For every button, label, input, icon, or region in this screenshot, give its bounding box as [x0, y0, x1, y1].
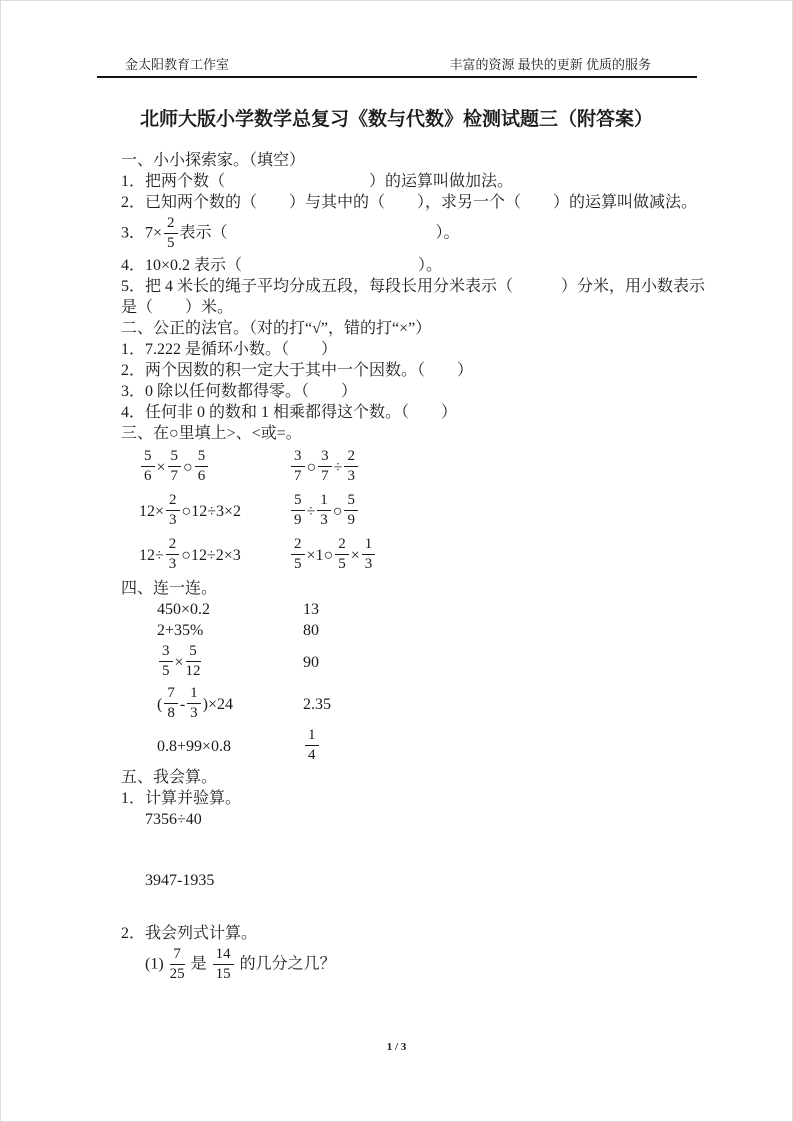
- fraction: 37: [318, 448, 332, 485]
- expression-right: 13: [303, 599, 319, 620]
- s5-q1-expr2: 3947-1935: [121, 870, 722, 891]
- expression-right: 25×1○25×13: [289, 534, 377, 576]
- document-title: 北师大版小学数学总复习《数与代数》检测试题三（附答案）: [1, 104, 792, 131]
- expression-right: 59÷13○59: [289, 490, 360, 532]
- fraction-denominator: 7: [318, 467, 332, 485]
- fraction-denominator: 12: [186, 662, 201, 680]
- fraction: 14: [305, 727, 319, 764]
- fraction: 23: [166, 536, 180, 573]
- fraction-numerator: 2: [166, 536, 180, 555]
- fraction-denominator: 25: [170, 965, 185, 983]
- text-run: ○: [307, 457, 317, 478]
- s2-q1: 1．7.222 是循环小数。（ ）: [121, 339, 722, 360]
- text-run: 的几分之几？: [236, 956, 336, 973]
- expression-left: 2+35%: [157, 620, 303, 641]
- text-run: 1．计算并验算。: [121, 790, 241, 807]
- fraction-numerator: 7: [170, 946, 185, 965]
- fraction-numerator: 7: [164, 685, 178, 704]
- fraction-numerator: 5: [141, 448, 155, 467]
- fraction-denominator: 3: [362, 555, 376, 573]
- fraction: 37: [291, 448, 305, 485]
- text-run: 5．把 4 米长的绳子平均分成五段，每段长用分米表示（ ）分米，用小数表示: [121, 278, 705, 295]
- text-run: ÷: [307, 501, 316, 522]
- fraction-numerator: 5: [195, 448, 209, 467]
- text-run: 13: [303, 599, 319, 620]
- fraction: 725: [170, 946, 185, 983]
- text-run: 四、连一连。: [121, 580, 217, 597]
- fraction-numerator: 3: [318, 448, 332, 467]
- s3-row3: 12÷23○12÷2×325×1○25×13: [121, 534, 722, 576]
- text-run: ○: [333, 501, 343, 522]
- text-run: 表示（ ）。: [180, 225, 460, 242]
- fraction-denominator: 8: [164, 704, 178, 722]
- text-run: ÷: [334, 457, 343, 478]
- text-run: ○12÷3×2: [182, 501, 241, 522]
- fraction: 35: [159, 643, 173, 680]
- expression-right: 14: [303, 725, 321, 767]
- text-run: ○12÷2×3: [181, 545, 240, 566]
- expression-left: 12×23○12÷3×2: [139, 490, 289, 532]
- text-run: 1．把两个数（ ）的运算叫做加法。: [121, 173, 513, 190]
- fraction-denominator: 6: [141, 467, 155, 485]
- fraction-numerator: 3: [291, 448, 305, 467]
- fraction: 56: [141, 448, 155, 485]
- fraction-denominator: 5: [159, 662, 173, 680]
- fraction: 25: [291, 536, 305, 573]
- text-run: 4．10×0.2 表示（ ）。: [121, 257, 442, 274]
- fraction-denominator: 6: [195, 467, 209, 485]
- text-run: 3．7×: [121, 225, 162, 242]
- fraction-numerator: 1: [362, 536, 376, 555]
- s5-q1: 1．计算并验算。: [121, 788, 722, 809]
- text-run: 五、我会算。: [121, 769, 217, 786]
- fraction: 25: [335, 536, 349, 573]
- s5-q2-item1: (1) 725 是 1415 的几分之几？: [121, 944, 722, 986]
- work-space-2: [121, 891, 722, 923]
- document-body: 一、小小探索家。（填空）1．把两个数（ ）的运算叫做加法。2．已知两个数的（ ）…: [121, 150, 722, 986]
- header-right-text: 丰富的资源 最快的更新 优质的服务: [449, 54, 651, 73]
- fraction-numerator: 1: [305, 727, 319, 746]
- section-5-heading: 五、我会算。: [121, 767, 722, 788]
- expression-right: 37○37÷23: [289, 446, 360, 488]
- s3-row2: 12×23○12÷3×259÷13○59: [121, 490, 722, 532]
- fraction-denominator: 5: [335, 555, 349, 573]
- s2-q3: 3．0 除以任何数都得零。（ ）: [121, 381, 722, 402]
- s4-row3: 35×51290: [121, 641, 722, 683]
- fraction: 13: [362, 536, 376, 573]
- fraction: 78: [164, 685, 178, 722]
- s1-q4: 4．10×0.2 表示（ ）。: [121, 255, 722, 276]
- text-run: 二、公正的法官。（对的打“√”，错的打“×”）: [121, 320, 431, 337]
- text-run: 1．7.222 是循环小数。（ ）: [121, 341, 337, 358]
- fraction-denominator: 3: [166, 555, 180, 573]
- fraction-denominator: 3: [317, 511, 331, 529]
- text-run: 0.8+99×0.8: [157, 736, 231, 757]
- text-run: 7356÷40: [145, 811, 202, 828]
- text-run: 一、小小探索家。（填空）: [121, 152, 305, 169]
- fraction-numerator: 2: [291, 536, 305, 555]
- fraction: 1415: [213, 946, 234, 983]
- expression-left: (78-13)×24: [157, 683, 303, 725]
- s4-row2: 2+35%80: [121, 620, 722, 641]
- text-run: 4．任何非 0 的数和 1 相乘都得这个数。（ ）: [121, 404, 457, 421]
- text-run: 12×: [139, 501, 164, 522]
- s4-row4: (78-13)×242.35: [121, 683, 722, 725]
- text-run: 2．已知两个数的（ ）与其中的（ ），求另一个（ ）的运算叫做减法。: [121, 194, 697, 211]
- fraction-numerator: 3: [159, 643, 173, 662]
- fraction-numerator: 5: [344, 492, 358, 511]
- text-run: 2．两个因数的积一定大于其中一个因数。（ ）: [121, 362, 473, 379]
- text-run: (: [157, 694, 162, 715]
- text-run: 90: [303, 652, 319, 673]
- expression-left: 56×57○56: [139, 446, 289, 488]
- s2-q4: 4．任何非 0 的数和 1 相乘都得这个数。（ ）: [121, 402, 722, 423]
- text-run: 三、在○里填上>、<或=。: [121, 425, 302, 442]
- fraction-denominator: 4: [305, 746, 319, 764]
- text-run: 80: [303, 620, 319, 641]
- text-run: 2+35%: [157, 620, 203, 641]
- fraction: 13: [187, 685, 201, 722]
- section-1-heading: 一、小小探索家。（填空）: [121, 150, 722, 171]
- fraction: 25: [164, 215, 178, 252]
- s4-row1: 450×0.213: [121, 599, 722, 620]
- s1-q1: 1．把两个数（ ）的运算叫做加法。: [121, 171, 722, 192]
- document-page: 金太阳教育工作室 丰富的资源 最快的更新 优质的服务 北师大版小学数学总复习《数…: [0, 0, 793, 1122]
- fraction-denominator: 3: [344, 467, 358, 485]
- expression-left: 0.8+99×0.8: [157, 736, 303, 757]
- text-run: ×1○: [307, 545, 334, 566]
- section-3-heading: 三、在○里填上>、<或=。: [121, 423, 722, 444]
- fraction: 59: [291, 492, 305, 529]
- s1-q2: 2．已知两个数的（ ）与其中的（ ），求另一个（ ）的运算叫做减法。: [121, 192, 722, 213]
- expression-left: 12÷23○12÷2×3: [139, 534, 289, 576]
- text-run: -: [180, 694, 185, 715]
- s3-row1: 56×57○5637○37÷23: [121, 446, 722, 488]
- fraction-numerator: 2: [164, 215, 178, 234]
- fraction: 59: [344, 492, 358, 529]
- fraction-denominator: 5: [164, 234, 178, 252]
- fraction-numerator: 2: [344, 448, 358, 467]
- fraction-numerator: 5: [291, 492, 305, 511]
- fraction-denominator: 15: [213, 965, 234, 983]
- text-run: ×: [351, 545, 360, 566]
- text-run: 是（ ）米。: [121, 299, 233, 316]
- fraction-numerator: 14: [213, 946, 234, 965]
- expression-left: 450×0.2: [157, 599, 303, 620]
- text-run: 12÷: [139, 545, 164, 566]
- text-run: 3．0 除以任何数都得零。（ ）: [121, 383, 357, 400]
- fraction-denominator: 3: [166, 511, 180, 529]
- text-run: 2．我会列式计算。: [121, 925, 257, 942]
- fraction-denominator: 9: [291, 511, 305, 529]
- header-left-text: 金太阳教育工作室: [125, 54, 229, 73]
- fraction-numerator: 5: [168, 448, 182, 467]
- s1-q3: 3．7×25表示（ ）。: [121, 213, 722, 255]
- fraction: 57: [168, 448, 182, 485]
- expression-left: 35×512: [157, 641, 303, 683]
- text-run: ×: [157, 457, 166, 478]
- fraction: 23: [344, 448, 358, 485]
- expression-right: 90: [303, 652, 319, 673]
- fraction: 23: [166, 492, 180, 529]
- text-run: )×24: [203, 694, 233, 715]
- expression-right: 2.35: [303, 694, 331, 715]
- text-run: 450×0.2: [157, 599, 210, 620]
- s1-q5: 5．把 4 米长的绳子平均分成五段，每段长用分米表示（ ）分米，用小数表示: [121, 276, 722, 297]
- s5-q2: 2．我会列式计算。: [121, 923, 722, 944]
- fraction-numerator: 2: [335, 536, 349, 555]
- text-run: ×: [175, 652, 184, 673]
- fraction-denominator: 9: [344, 511, 358, 529]
- text-run: 2.35: [303, 694, 331, 715]
- work-space-1: [121, 830, 722, 870]
- text-run: (1): [145, 956, 168, 973]
- s2-q2: 2．两个因数的积一定大于其中一个因数。（ ）: [121, 360, 722, 381]
- fraction-numerator: 1: [317, 492, 331, 511]
- section-4-heading: 四、连一连。: [121, 578, 722, 599]
- expression-right: 80: [303, 620, 319, 641]
- fraction: 56: [195, 448, 209, 485]
- s1-q5-cont: 是（ ）米。: [121, 297, 722, 318]
- text-run: 是: [187, 956, 211, 973]
- fraction: 13: [317, 492, 331, 529]
- section-2-heading: 二、公正的法官。（对的打“√”，错的打“×”）: [121, 318, 722, 339]
- page-number: 1 / 3: [1, 1041, 792, 1053]
- s5-q1-expr1: 7356÷40: [121, 809, 722, 830]
- fraction-numerator: 2: [166, 492, 180, 511]
- fraction-denominator: 7: [291, 467, 305, 485]
- fraction-numerator: 1: [187, 685, 201, 704]
- fraction-denominator: 3: [187, 704, 201, 722]
- text-run: 3947-1935: [145, 872, 214, 889]
- text-run: ○: [183, 457, 193, 478]
- fraction-denominator: 5: [291, 555, 305, 573]
- s4-row5: 0.8+99×0.814: [121, 725, 722, 767]
- fraction-numerator: 5: [186, 643, 201, 662]
- fraction: 512: [186, 643, 201, 680]
- page-header: 金太阳教育工作室 丰富的资源 最快的更新 优质的服务: [97, 1, 697, 78]
- fraction-denominator: 7: [168, 467, 182, 485]
